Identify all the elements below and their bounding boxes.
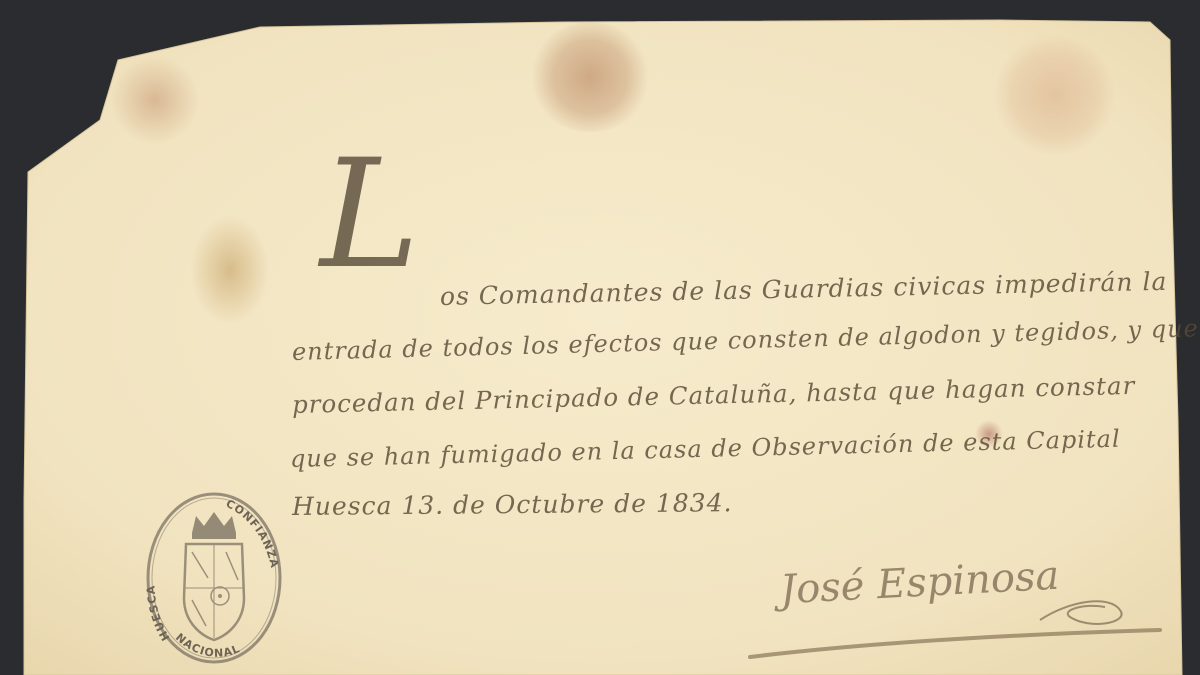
document-viewer: L os Comandantes de las Guardias civicas… (0, 0, 1200, 675)
text-line-5-date: Huesca 13. de Octubre de 1834. (292, 488, 733, 521)
crown-icon (192, 512, 236, 539)
coat-of-arms-icon (184, 544, 244, 640)
decorative-initial: L (320, 140, 420, 290)
signature-rubric-icon (740, 585, 1200, 675)
seal-text-bottom: NACIONAL (173, 631, 242, 660)
seal-text-left: HUESCA (144, 584, 172, 642)
official-seal: HUESCA CONFIANZA NACIONAL (140, 488, 288, 668)
